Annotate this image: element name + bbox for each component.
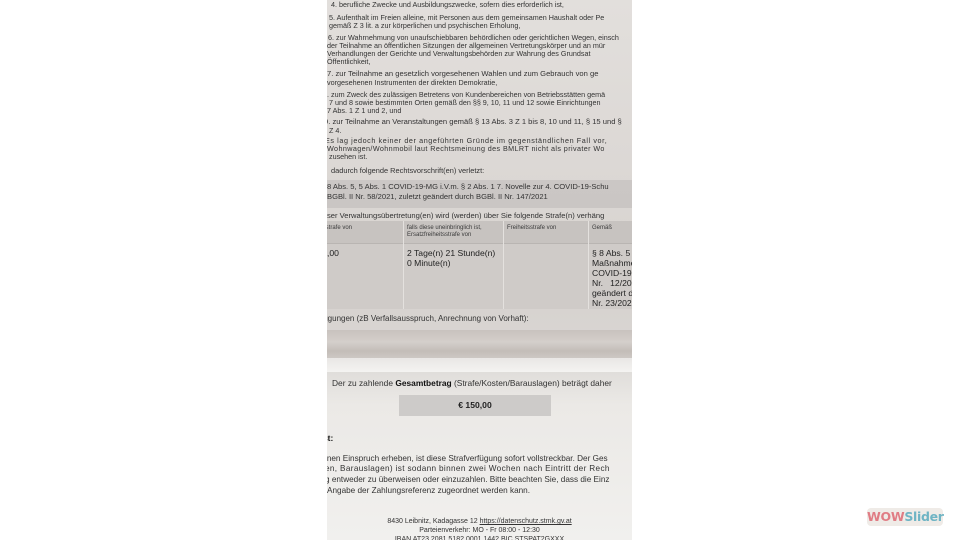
pursuant-line: Nr. 23/202: [592, 298, 632, 309]
penalty-table: Geldstrafe von falls diese uneinbringlic…: [327, 221, 632, 309]
footer-address-text: 8430 Leibnitz, Kadagasse 12: [387, 518, 479, 525]
footer-hours: Parteienverkehr: MO - Fr 08:00 - 12:30: [327, 527, 632, 534]
finding-line: Wohnwagen/Wohnmobil laut Rechtsmeinung d…: [327, 145, 605, 154]
header-fine: Geldstrafe von: [327, 225, 352, 232]
substitute-line: 0 Minute(n): [407, 258, 450, 269]
substitute-line: 2 Tage(n) 21 Stunde(n): [407, 248, 495, 259]
pursuant-line: Maßnahme: [592, 258, 632, 269]
header-substitute: falls diese uneinbringlich ist, Ersatzfr…: [407, 225, 499, 239]
pursuant-line: COVID-19-: [592, 268, 632, 279]
total-suffix: (Strafe/Kosten/Barauslagen) beträgt dahe…: [452, 378, 612, 388]
other-orders-label: fügungen (zB Verfallsausspruch, Anrechnu…: [327, 315, 529, 324]
violated-law-line: BGBl. II Nr. 58/2021, zuletzt geändert d…: [327, 193, 548, 202]
document-photo: 4. berufliche Zwecke und Ausbildungszwec…: [327, 0, 632, 540]
violated-law-line: 8 Abs. 5, 5 Abs. 1 COVID-19-MG i.V.m. § …: [327, 183, 609, 192]
list-line: gemäß Z 3 lit. a zur körperlichen und ps…: [329, 22, 520, 31]
list-line: Z 4.: [329, 127, 341, 136]
header-pursuant: Gemäß: [592, 225, 612, 232]
notice-line: en, Barauslagen) ist sodann binnen zwei …: [327, 465, 610, 474]
total-prefix: Der zu zahlende: [332, 378, 395, 388]
paper-tear: [327, 358, 632, 372]
notice-line: inen Einspruch erheben, ist diese Strafv…: [327, 454, 608, 464]
footer-bank: IBAN AT23 2081 5182 0001 1442 BIC STSPAT…: [327, 536, 632, 540]
pursuant-line: geändert d: [592, 288, 632, 299]
total-bold: Gesamtbetrag: [395, 378, 451, 388]
watermark-part2: Slider: [904, 509, 943, 524]
notice-line: Angabe der Zahlungsreferenz zugeordnet w…: [327, 487, 530, 496]
finding-line: zusehen ist.: [329, 153, 367, 162]
list-line: 7 Abs. 1 Z 1 und 2, und: [327, 107, 401, 116]
list-line: Öffentlichkeit,: [327, 58, 370, 67]
pursuant-line: § 8 Abs. 5: [592, 248, 630, 259]
list-line: vorgesehenen Instrumenten der direkten D…: [327, 79, 497, 88]
pursuant-line: Nr. 12/20: [592, 278, 632, 289]
notice-line: g entweder zu überweisen oder einzuzahle…: [327, 476, 609, 485]
wowslider-watermark[interactable]: WOWSlider: [867, 508, 943, 526]
watermark-part1: WOW: [867, 509, 904, 524]
privacy-link[interactable]: https://datenschutz.stmk.gv.at: [480, 518, 572, 525]
footer-address: 8430 Leibnitz, Kadagasse 12 https://date…: [327, 518, 632, 525]
violated-heading: dadurch folgende Rechtsvorschrift(en) ve…: [331, 167, 484, 176]
header-prison: Freiheitsstrafe von: [507, 225, 556, 232]
list-line: 9. zur Teilnahme an Veranstaltungen gemä…: [327, 118, 622, 127]
list-line: 4. berufliche Zwecke und Ausbildungszwec…: [331, 1, 564, 10]
fine-value: ,00: [327, 248, 339, 259]
total-label: Der zu zahlende Gesamtbetrag (Strafe/Kos…: [332, 378, 612, 388]
notice-heading: st:: [327, 434, 333, 443]
penalty-heading: ser Verwaltungsübertretung(en) wird (wer…: [327, 212, 604, 221]
total-amount: € 150,00: [399, 395, 551, 416]
paper-fold: [327, 330, 632, 360]
